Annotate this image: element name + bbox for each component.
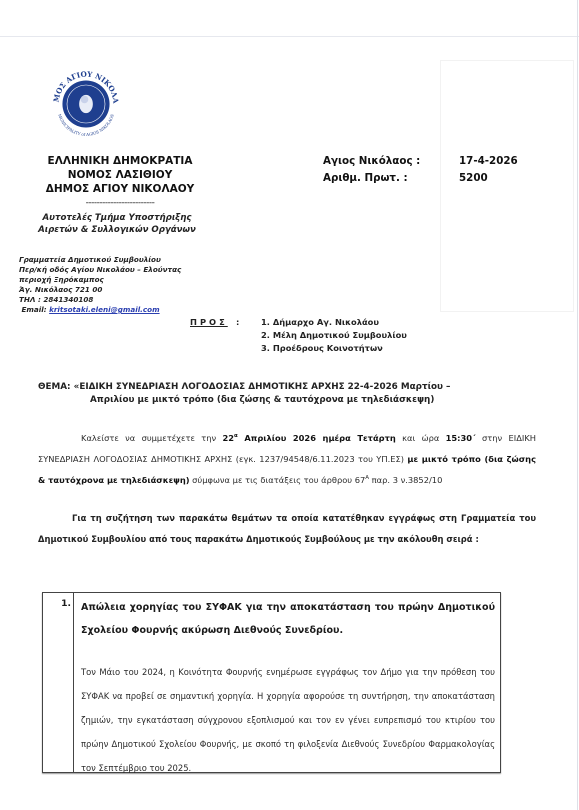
protocol-label: Αριθμ. Πρωτ. : <box>323 170 459 187</box>
subject-line: ΘΕΜΑ: «ΕΙΔΙΚΗ ΣΥΝΕΔΡΙΑΣΗ ΛΟΓΟΔΟΣΙΑΣ ΔΗΜΟ… <box>38 382 450 392</box>
invitation-paragraph: Καλείστε να συμμετέχετε την 22α Απριλίου… <box>38 428 536 492</box>
document-date: 17-4-2026 <box>459 153 518 170</box>
recipients-colon: : <box>236 316 239 329</box>
department: Αυτοτελές Τμήμα Υποστήριξης Αιρετών & Συ… <box>27 212 207 236</box>
recipient-item: 1. Δήμαρχο Αγ. Νικολάου <box>261 316 461 329</box>
agenda-item: 1. Απώλεια χορηγίας του ΣΥΦΑΚ για την απ… <box>42 592 501 773</box>
department-line: Αυτοτελές Τμήμα Υποστήριξης <box>27 212 207 224</box>
page-edge <box>577 0 578 810</box>
separator: ------------------------- <box>40 198 200 208</box>
city: Άγ. Νικόλαος 721 00 <box>19 285 219 295</box>
country-name: ΕΛΛΗΝΙΚΗ ΔΗΜΟΚΡΑΤΙΑ <box>40 154 200 168</box>
email-link[interactable]: kritsotaki.eleni@gmail.com <box>49 305 160 314</box>
protocol-number: 5200 <box>459 170 488 187</box>
recipient-item: 3. Προέδρους Κοινοτήτων <box>261 342 461 355</box>
recipients-label: ΠΡΟΣ <box>190 316 228 329</box>
email-label: Email: <box>22 305 47 314</box>
department-line: Αιρετών & Συλλογικών Οργάνων <box>27 224 207 236</box>
page-edge <box>0 36 579 37</box>
municipality-seal-icon: ΔΗΜΟΣ ΑΓΙΟΥ ΝΙΚΟΛΑΟΥ MUNICIPALITY of AGI… <box>48 66 124 142</box>
subject-line: Απριλίου με μικτό τρόπο (δια ζώσης & ταυ… <box>38 394 558 407</box>
phone: ΤΗΛ : 2841340108 <box>19 295 219 305</box>
recipients-list: 1. Δήμαρχο Αγ. Νικολάου 2. Μέλη Δημοτικο… <box>261 316 461 355</box>
municipality-name: ΔΗΜΟΣ ΑΓΙΟΥ ΝΙΚΟΛΑΟΥ <box>40 182 200 196</box>
email-row: Email: kritsotaki.eleni@gmail.com <box>19 305 219 315</box>
office-name: Γραμματεία Δημοτικού Συμβουλίου <box>19 255 219 265</box>
agenda-number: 1. <box>43 593 74 772</box>
document-meta: Αγιος Νικόλαος :17-4-2026 Αριθμ. Πρωτ. :… <box>323 153 518 187</box>
contact-block: Γραμματεία Δημοτικού Συμβουλίου Περ/κή ο… <box>19 255 219 315</box>
subject: ΘΕΜΑ: «ΕΙΔΙΚΗ ΣΥΝΕΔΡΙΑΣΗ ΛΟΓΟΔΟΣΙΑΣ ΔΗΜΟ… <box>38 381 558 407</box>
place-label: Αγιος Νικόλαος : <box>323 153 459 170</box>
recipient-item: 2. Μέλη Δημοτικού Συμβουλίου <box>261 329 461 342</box>
prefecture-name: ΝΟΜΟΣ ΛΑΣΙΘΙΟΥ <box>40 168 200 182</box>
address-line: Περ/κή οδός Αγίου Νικολάου – Ελούντας <box>19 265 219 275</box>
discussion-intro: Για τη συζήτηση των παρακάτω θεμάτων τα … <box>38 508 536 550</box>
agenda-description: Τον Μάιο του 2024, η Κοινότητα Φουρνής ε… <box>81 660 495 780</box>
letterhead: ΕΛΛΗΝΙΚΗ ΔΗΜΟΚΡΑΤΙΑ ΝΟΜΟΣ ΛΑΣΙΘΙΟΥ ΔΗΜΟΣ… <box>40 154 200 208</box>
address-line: περιοχή Ξηρόκαμπος <box>19 275 219 285</box>
agenda-title: Απώλεια χορηγίας του ΣΥΦΑΚ για την αποκα… <box>81 596 495 642</box>
